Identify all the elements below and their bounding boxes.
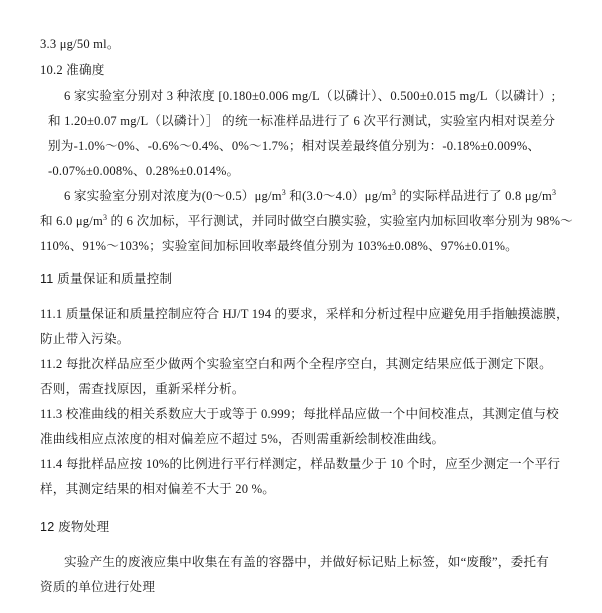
accuracy-paragraph-line: -0.07%±0.008%、0.28%±0.014%。 — [48, 163, 239, 179]
text-run: 6 家实验室分别对浓度为(0～0.5）μg/m — [64, 189, 282, 203]
clause-11-1-line: 防止带入污染。 — [40, 331, 130, 347]
accuracy-paragraph-line: 6 家实验室分别对 3 种浓度 [0.180±0.006 mg/L（以磷计）、0… — [64, 88, 555, 104]
section-heading-12: 12 废物处理 — [40, 519, 109, 535]
recovery-paragraph-line: 和 6.0 μg/m3 的 6 次加标，平行测试，并同时做空白膜实验，实验室内加… — [40, 213, 573, 229]
superscript: 3 — [552, 188, 556, 197]
clause-11-2-line: 否则，需查找原因，重新采样分析。 — [40, 381, 245, 397]
text-run: 和 6.0 μg/m — [40, 214, 103, 228]
section-heading-11: 11 质量保证和质量控制 — [40, 271, 172, 287]
recovery-paragraph-line: 6 家实验室分别对浓度为(0～0.5）μg/m3 和(3.0～4.0）μg/m3… — [64, 188, 556, 204]
detection-limit-line: 3.3 μg/50 ml。 — [40, 36, 120, 52]
waste-paragraph-line: 实验产生的废液应集中收集在有盖的容器中，并做好标记贴上标签，如“废酸”，委托有 — [64, 554, 549, 570]
section-heading-10-2: 10.2 准确度 — [40, 62, 105, 78]
text-run: 和(3.0～4.0）μg/m — [286, 189, 392, 203]
clause-11-4-line: 11.4 每批样品应按 10%的比例进行平行样测定，样品数量少于 10 个时，应… — [40, 456, 560, 472]
clause-11-1-line: 11.1 质量保证和质量控制应符合 HJ/T 194 的要求，采样和分析过程中应… — [40, 306, 569, 322]
clause-11-3-line: 11.3 校准曲线的相关系数应大于或等于 0.999；每批样品应做一个中间校准点… — [40, 406, 559, 422]
accuracy-paragraph-line: 别为-1.0%～0%、-0.6%～0.4%、0%～1.7%；相对误差最终值分别为… — [48, 138, 540, 154]
document-page: 3.3 μg/50 ml。 10.2 准确度 6 家实验室分别对 3 种浓度 [… — [0, 0, 602, 613]
clause-11-2-line: 11.2 每批次样品应至少做两个实验室空白和两个全程序空白，其测定结果应低于测定… — [40, 356, 552, 372]
recovery-paragraph-line: 110%、91%～103%；实验室间加标回收率最终值分别为 103%±0.08%… — [40, 238, 518, 254]
accuracy-paragraph-line: 和 1.20±0.07 mg/L（以磷计）］ 的统一标准样品进行了 6 次平行测… — [48, 113, 555, 129]
waste-paragraph-line: 资质的单位进行处理 — [40, 579, 155, 595]
clause-11-3-line: 准曲线相应点浓度的相对偏差应不超过 5%，否则需重新绘制校准曲线。 — [40, 431, 444, 447]
clause-11-4-line: 样，其测定结果的相对偏差不大于 20 %。 — [40, 481, 275, 497]
text-run: 的实际样品进行了 0.8 μg/m — [396, 189, 552, 203]
text-run: 的 6 次加标，平行测试，并同时做空白膜实验，实验室内加标回收率分别为 98%～ — [107, 214, 573, 228]
